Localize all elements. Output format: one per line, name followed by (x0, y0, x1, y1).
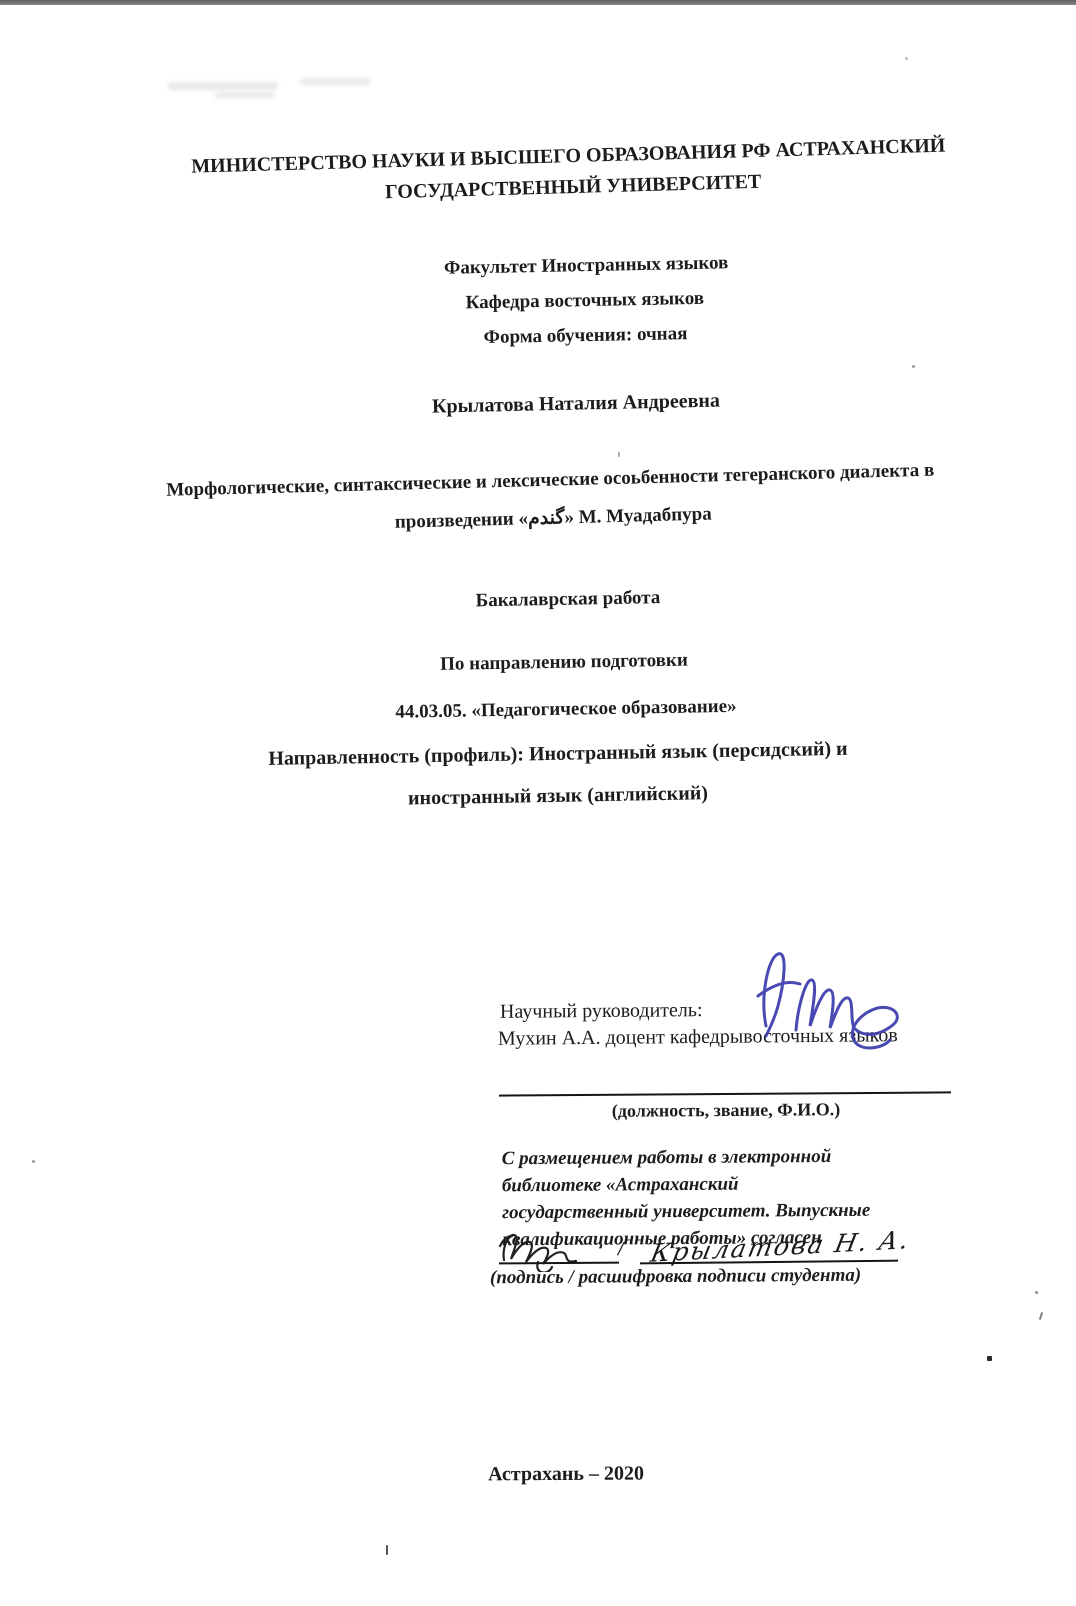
ministry-header: МИНИСТЕРСТВО НАУКИ И ВЫСШЕГО ОБРАЗОВАНИЯ… (0, 131, 1076, 161)
scan-speck (912, 365, 915, 368)
consent-line2: библиотеке «Астраханский (502, 1170, 870, 1200)
student-signature (498, 1226, 610, 1272)
scan-speck (32, 1160, 35, 1163)
scan-speck (386, 1545, 388, 1555)
supervisor-signature (748, 940, 918, 1052)
consent-line1: С размещением работы в электронной (502, 1143, 870, 1173)
consent-line3: государственный университет. Выпускные (502, 1197, 870, 1227)
scan-speck (905, 57, 908, 60)
work-type: Бакалаврская работа (0, 579, 1076, 620)
signature-separator: / (618, 1238, 624, 1261)
scan-smudge (215, 92, 275, 98)
supervisor-signature-line (499, 1091, 951, 1096)
student-signature-name-handwriting: Крылатова Н. А. (652, 1230, 910, 1264)
city-year: Астрахань – 2020 (0, 1460, 1076, 1489)
faculty-block: Факультет Иностранных языков Кафедра вос… (0, 246, 1076, 267)
supervisor-label: Научный руководитель: (500, 999, 703, 1024)
scan-speck (1035, 1291, 1038, 1294)
scan-speck (987, 1356, 992, 1361)
scan-smudge (300, 78, 370, 85)
scan-speck (618, 452, 620, 457)
scan-top-border (0, 0, 1076, 5)
supervisor-caption: (должность, звание, Ф.И.О.) (500, 1098, 952, 1122)
scan-speck (1039, 1312, 1043, 1320)
direction-label: По направлению подготовки (0, 642, 1076, 683)
author-name: Крылатова Наталия Андреевна (0, 381, 1076, 427)
faculty-line: Факультет Иностранных языков (0, 245, 1076, 289)
department-line: Кафедра восточных языков (1, 280, 1076, 324)
signature-caption: (подпись / расшифровка подписи студента) (490, 1265, 861, 1290)
study-form-line: Форма обучения: очная (1, 315, 1076, 359)
scan-smudge (168, 82, 278, 90)
profile-line1: Направленность (профиль): Иностранный яз… (0, 733, 1076, 775)
scanned-thesis-title-page: МИНИСТЕРСТВО НАУКИ И ВЫСШЕГО ОБРАЗОВАНИЯ… (0, 0, 1076, 1606)
thesis-title: Морфологические, синтаксические и лексич… (0, 456, 1076, 484)
profile-line2: иностранный язык (английский) (0, 775, 1076, 817)
direction-code: 44.03.05. «Педагогическое образование» (0, 689, 1076, 730)
